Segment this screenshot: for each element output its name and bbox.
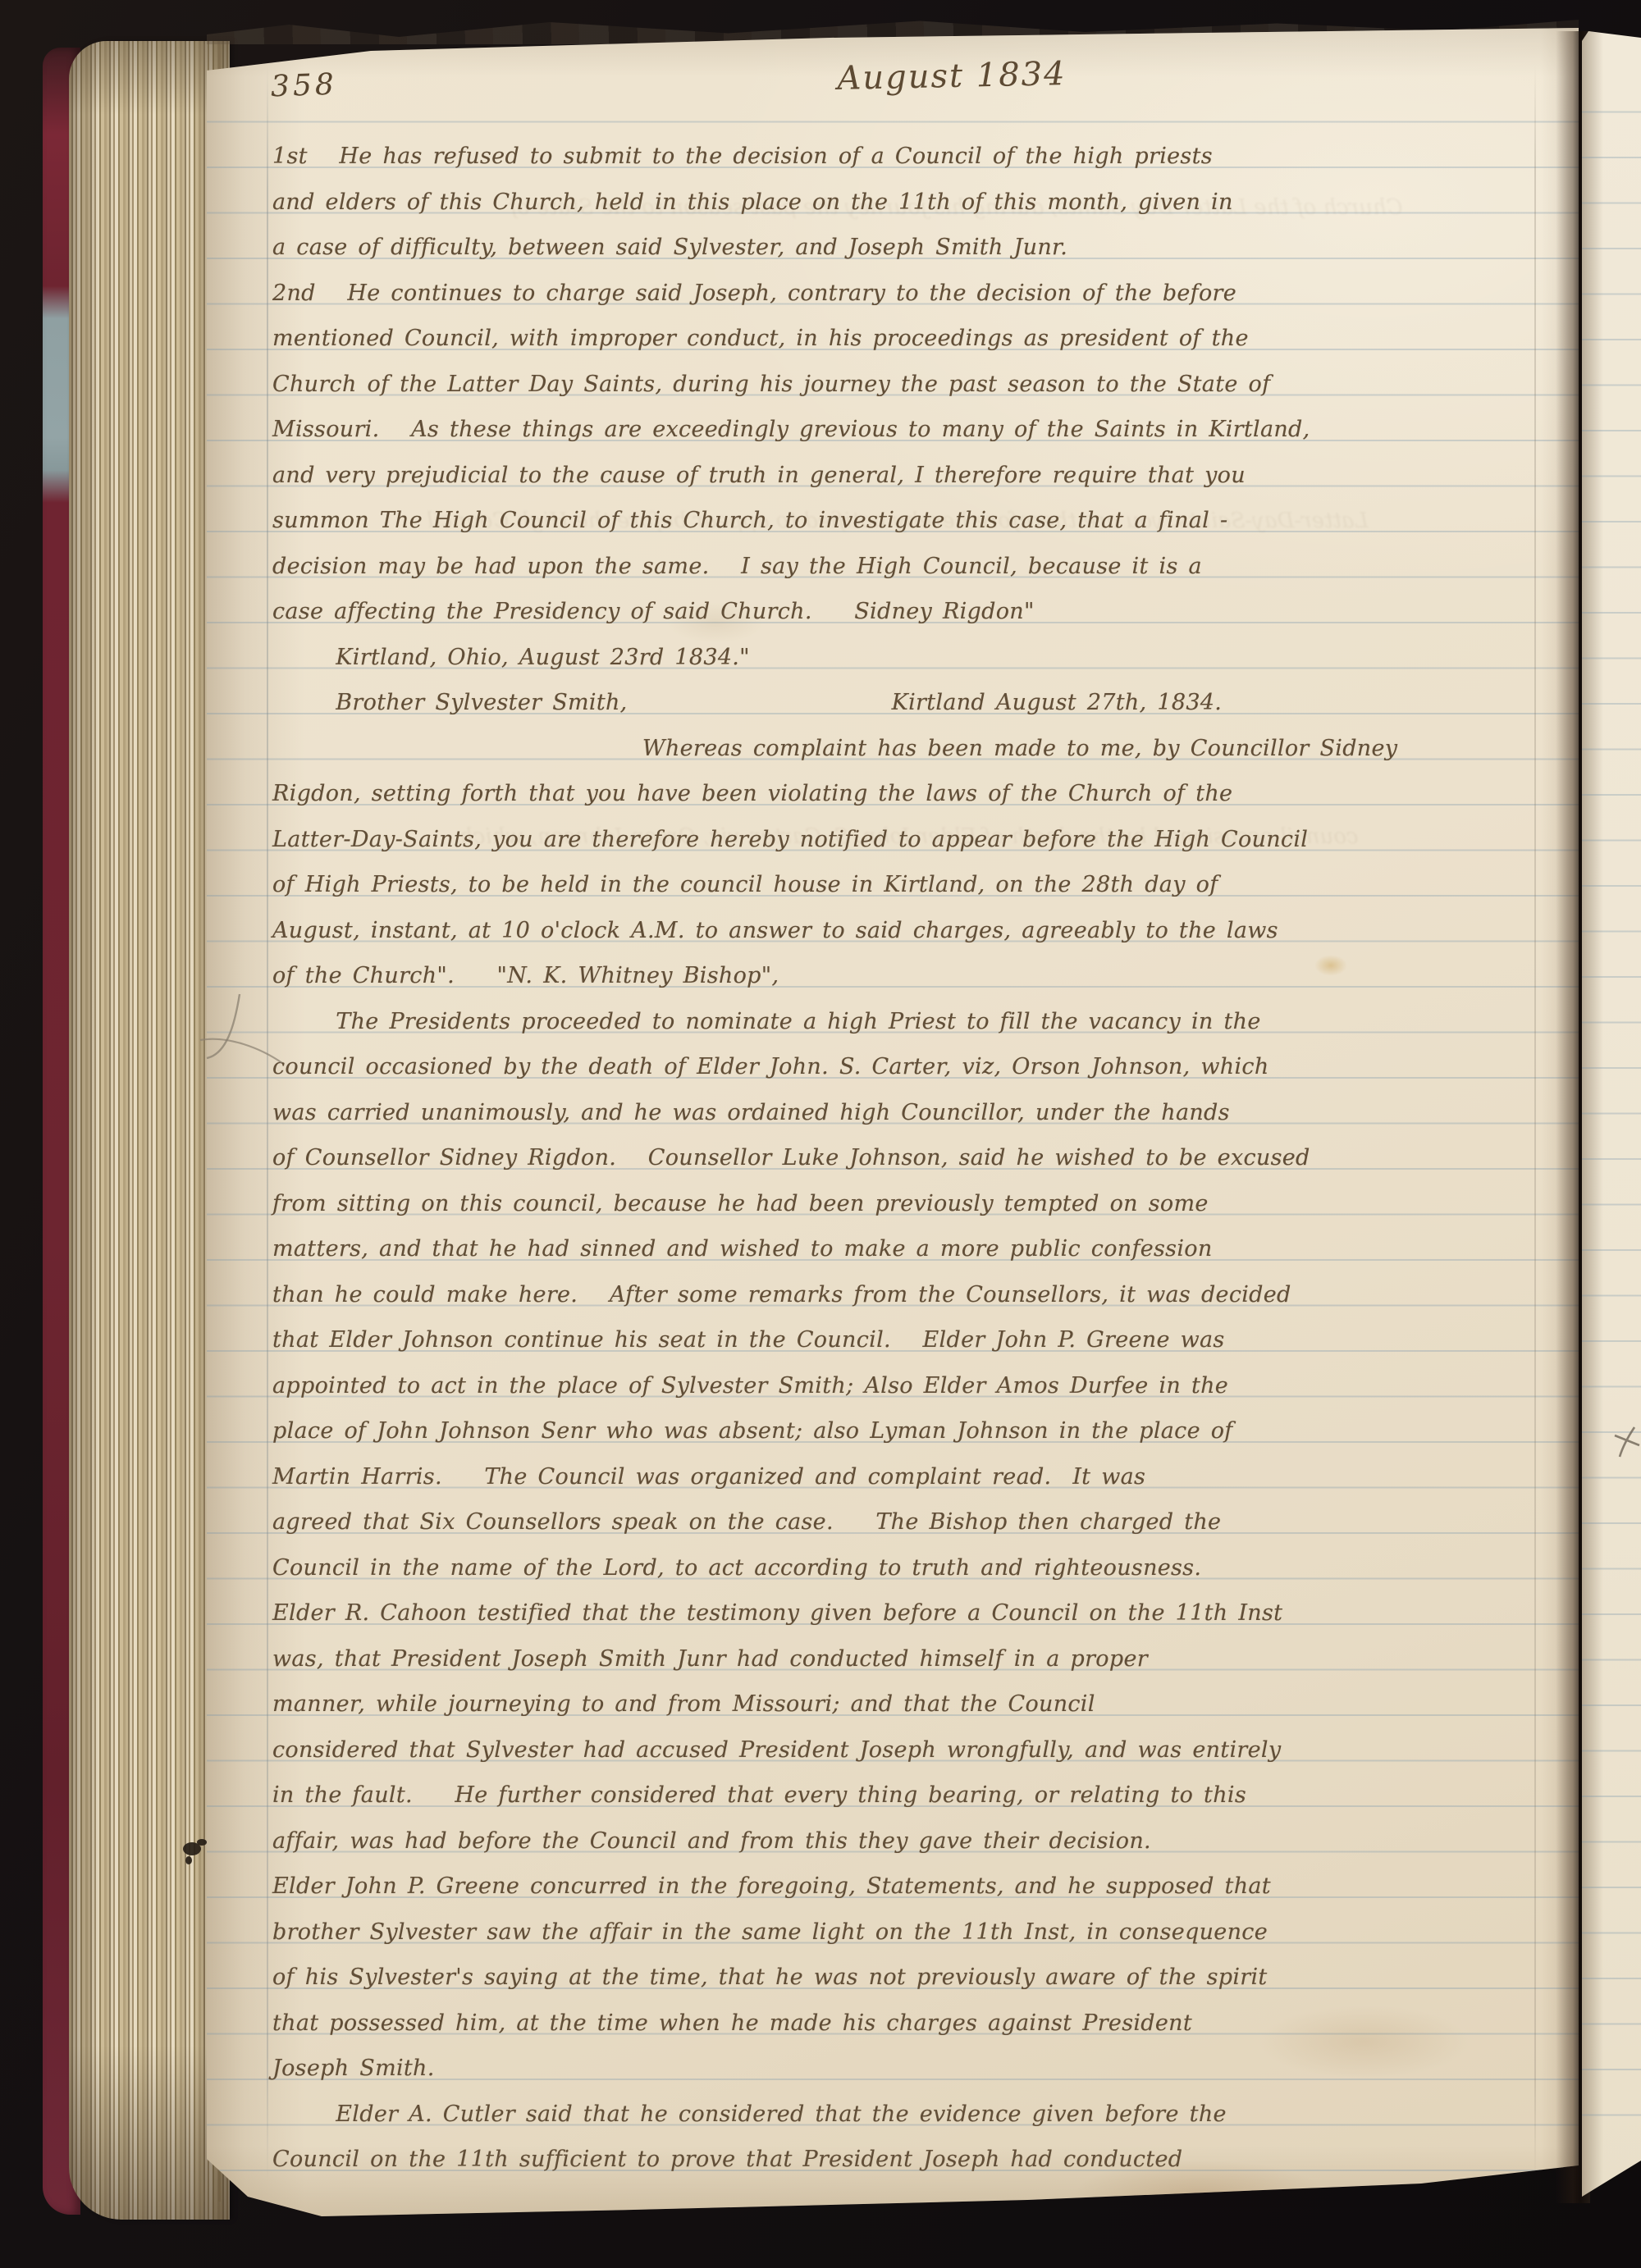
book-photo: { "page": { "number": "358", "header_dat… <box>0 0 1641 2268</box>
manuscript-line: of High Priests, to be held in the counc… <box>272 862 1546 908</box>
manuscript-line: council occasioned by the death of Elder… <box>272 1044 1546 1090</box>
manuscript-line: Elder A. Cutler said that he considered … <box>272 2092 1546 2138</box>
next-page-ruled-lines <box>1582 67 1641 2118</box>
manuscript-line: 1st He has refused to submit to the deci… <box>272 134 1546 180</box>
manuscript-line: decision may be had upon the same. I say… <box>272 544 1546 590</box>
manuscript-line: Elder John P. Greene concurred in the fo… <box>272 1864 1546 1910</box>
page-edges-stack <box>69 41 230 2220</box>
manuscript-line: and elders of this Church, held in this … <box>272 180 1546 226</box>
manuscript-line: Council on the 11th sufficient to prove … <box>272 2137 1546 2183</box>
manuscript-line: of Counsellor Sidney Rigdon. Counsellor … <box>272 1135 1546 1181</box>
manuscript-line: Council in the name of the Lord, to act … <box>272 1545 1546 1591</box>
manuscript-line: Brother Sylvester Smith, Kirtland August… <box>272 680 1546 726</box>
manuscript-line: that possessed him, at the time when he … <box>272 2001 1546 2047</box>
manuscript-line: agreed that Six Counsellors speak on the… <box>272 1499 1546 1545</box>
manuscript-line: manner, while journeying to and from Mis… <box>272 1682 1546 1727</box>
manuscript-line: case affecting the Presidency of said Ch… <box>272 589 1546 635</box>
manuscript-line: The Presidents proceeded to nominate a h… <box>272 999 1546 1045</box>
manuscript-line: was, that President Joseph Smith Junr ha… <box>272 1636 1546 1682</box>
manuscript-line: that Elder Johnson continue his seat in … <box>272 1317 1546 1363</box>
manuscript-line: Missouri. As these things are exceedingl… <box>272 407 1546 453</box>
manuscript-line: from sitting on this council, because he… <box>272 1181 1546 1227</box>
page-number: 358 <box>270 68 337 104</box>
manuscript-line: and very prejudicial to the cause of tru… <box>272 453 1546 499</box>
next-page-sliver <box>1582 31 1641 2197</box>
manuscript-line: Whereas complaint has been made to me, b… <box>272 726 1546 772</box>
manuscript-line: Church of the Latter Day Saints, during … <box>272 362 1546 408</box>
manuscript-line: summon The High Council of this Church, … <box>272 498 1546 544</box>
manuscript-line: appointed to act in the place of Sylvest… <box>272 1363 1546 1409</box>
manuscript-line: Elder R. Cahoon testified that the testi… <box>272 1590 1546 1636</box>
manuscript-line: affair, was had before the Council and f… <box>272 1819 1546 1864</box>
manuscript-line: mentioned Council, with improper conduct… <box>272 316 1546 362</box>
manuscript-line: of the Church". "N. K. Whitney Bishop", <box>272 953 1546 999</box>
manuscript-line: Joseph Smith. <box>272 2046 1546 2092</box>
manuscript-line: brother Sylvester saw the affair in the … <box>272 1910 1546 1955</box>
manuscript-line: was carried unanimously, and he was orda… <box>272 1090 1546 1136</box>
manuscript-line: place of John Johnson Senr who was absen… <box>272 1408 1546 1454</box>
manuscript-line: Latter-Day-Saints, you are therefore her… <box>272 817 1546 863</box>
manuscript-line: Rigdon, setting forth that you have been… <box>272 771 1546 817</box>
manuscript-line: Kirtland, Ohio, August 23rd 1834." <box>272 635 1546 681</box>
manuscript-line: in the fault. He further considered that… <box>272 1773 1546 1819</box>
manuscript-text: 1st He has refused to submit to the deci… <box>272 134 1546 2183</box>
manuscript-line: matters, and that he had sinned and wish… <box>272 1226 1546 1272</box>
gutter-crease-line <box>203 44 205 2202</box>
left-margin-rule <box>267 66 268 2182</box>
manuscript-line: August, instant, at 10 o'clock A.M. to a… <box>272 908 1546 954</box>
manuscript-line: Martin Harris. The Council was organized… <box>272 1454 1546 1500</box>
manuscript-line: a case of difficulty, between said Sylve… <box>272 225 1546 271</box>
manuscript-line: 2nd He continues to charge said Joseph, … <box>272 271 1546 317</box>
manuscript-line: of his Sylvester's saying at the time, t… <box>272 1955 1546 2001</box>
manuscript-line: considered that Sylvester had accused Pr… <box>272 1727 1546 1773</box>
manuscript-line: than he could make here. After some rema… <box>272 1272 1546 1318</box>
